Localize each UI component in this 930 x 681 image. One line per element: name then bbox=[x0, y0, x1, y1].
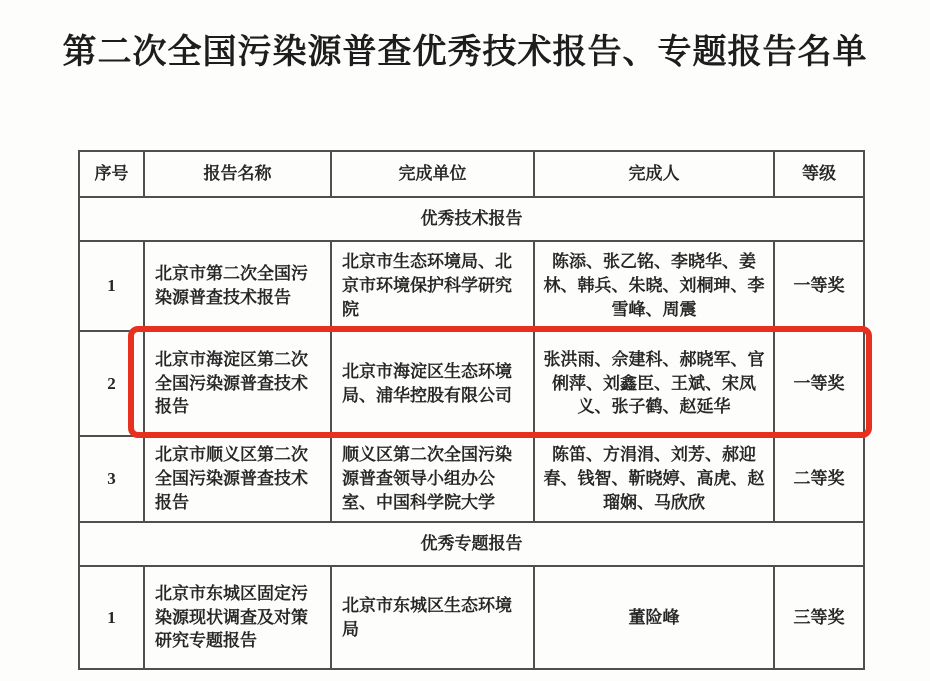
cell-report-name: 北京市东城区固定污染源现状调查及对策研究专题报告 bbox=[144, 566, 331, 669]
cell-no: 3 bbox=[79, 436, 144, 522]
col-header-no: 序号 bbox=[79, 151, 144, 197]
section-header-special-reports: 优秀专题报告 bbox=[79, 522, 864, 566]
cell-unit: 顺义区第二次全国污染源普查领导小组办公室、中国科学院大学 bbox=[331, 436, 534, 522]
col-header-unit: 完成单位 bbox=[331, 151, 534, 197]
cell-people: 董险峰 bbox=[534, 566, 774, 669]
cell-report-name: 北京市第二次全国污染源普查技术报告 bbox=[144, 241, 331, 331]
cell-no: 2 bbox=[79, 331, 144, 436]
table-row: 3 北京市顺义区第二次全国污染源普查技术报告 顺义区第二次全国污染源普查领导小组… bbox=[79, 436, 864, 522]
table-header-row: 序号 报告名称 完成单位 完成人 等级 bbox=[79, 151, 864, 197]
cell-report-name: 北京市海淀区第二次全国污染源普查技术报告 bbox=[144, 331, 331, 436]
col-header-people: 完成人 bbox=[534, 151, 774, 197]
cell-grade: 二等奖 bbox=[774, 436, 864, 522]
cell-grade: 一等奖 bbox=[774, 241, 864, 331]
report-table: 序号 报告名称 完成单位 完成人 等级 优秀技术报告 1 北京市第二次全国污染源… bbox=[78, 150, 865, 670]
table-row: 1 北京市东城区固定污染源现状调查及对策研究专题报告 北京市东城区生态环境局 董… bbox=[79, 566, 864, 669]
document-page: 第二次全国污染源普查优秀技术报告、专题报告名单 序号 报告名称 完成单位 完成人… bbox=[0, 0, 930, 681]
col-header-report-name: 报告名称 bbox=[144, 151, 331, 197]
cell-no: 1 bbox=[79, 241, 144, 331]
section-header-technical-reports: 优秀技术报告 bbox=[79, 197, 864, 241]
table-row-highlighted: 2 北京市海淀区第二次全国污染源普查技术报告 北京市海淀区生态环境局、浦华控股有… bbox=[79, 331, 864, 436]
cell-unit: 北京市生态环境局、北京市环境保护科学研究院 bbox=[331, 241, 534, 331]
cell-people: 张洪雨、佘建科、郝晓军、官俐萍、刘鑫臣、王斌、宋凤义、张子鹤、赵延华 bbox=[534, 331, 774, 436]
document-title: 第二次全国污染源普查优秀技术报告、专题报告名单 bbox=[0, 24, 930, 73]
table-row: 1 北京市第二次全国污染源普查技术报告 北京市生态环境局、北京市环境保护科学研究… bbox=[79, 241, 864, 331]
cell-unit: 北京市东城区生态环境局 bbox=[331, 566, 534, 669]
cell-grade: 一等奖 bbox=[774, 331, 864, 436]
cell-people: 陈笛、方涓涓、刘芳、郝迎春、钱智、靳晓婷、高虎、赵瑠娴、马欣欣 bbox=[534, 436, 774, 522]
cell-report-name: 北京市顺义区第二次全国污染源普查技术报告 bbox=[144, 436, 331, 522]
cell-unit: 北京市海淀区生态环境局、浦华控股有限公司 bbox=[331, 331, 534, 436]
col-header-grade: 等级 bbox=[774, 151, 864, 197]
cell-people: 陈添、张乙铭、李晓华、姜林、韩兵、朱晓、刘桐珅、李雪峰、周震 bbox=[534, 241, 774, 331]
section-row-special-reports: 优秀专题报告 bbox=[79, 522, 864, 566]
cell-grade: 三等奖 bbox=[774, 566, 864, 669]
cell-no: 1 bbox=[79, 566, 144, 669]
section-row-technical-reports: 优秀技术报告 bbox=[79, 197, 864, 241]
